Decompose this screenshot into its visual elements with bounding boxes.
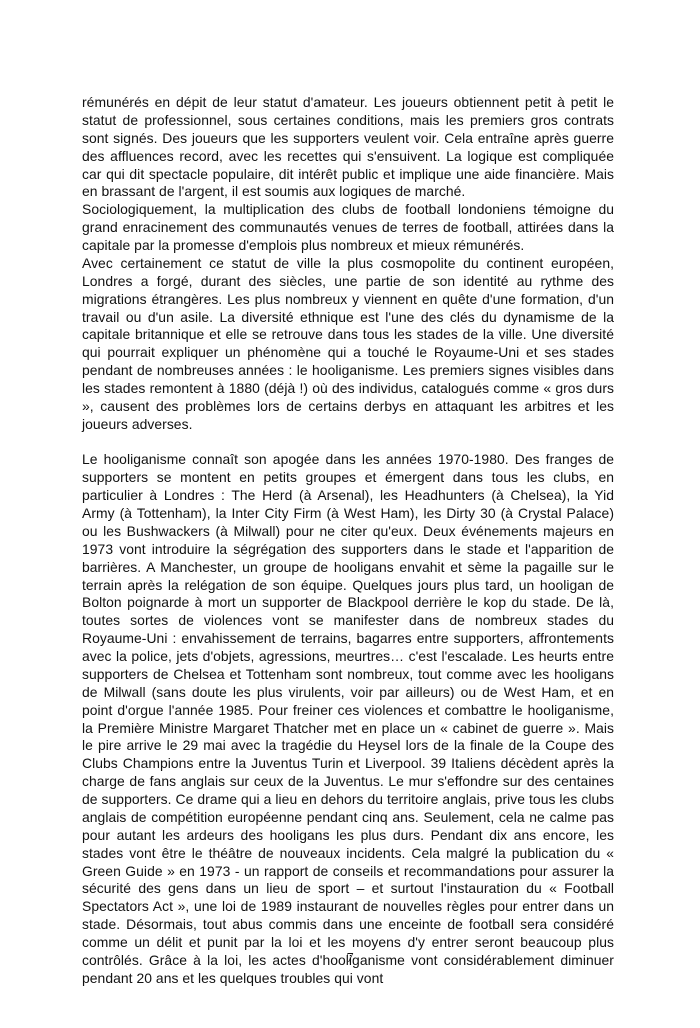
document-page: rémunérés en dépit de leur statut d'amat… xyxy=(0,0,700,1028)
paragraph-hooliganism-apogee: Le hooliganisme connaît son apogée dans … xyxy=(82,451,614,987)
paragraph-sociology: Sociologiquement, la multiplication des … xyxy=(82,201,614,255)
body-text: rémunérés en dépit de leur statut d'amat… xyxy=(82,94,614,988)
paragraph-amateur-status: rémunérés en dépit de leur statut d'amat… xyxy=(82,94,614,201)
page-number: 7 xyxy=(0,951,700,967)
paragraph-spacer xyxy=(82,434,614,452)
paragraph-cosmopolitan-london: Avec certainement ce statut de ville la … xyxy=(82,255,614,434)
